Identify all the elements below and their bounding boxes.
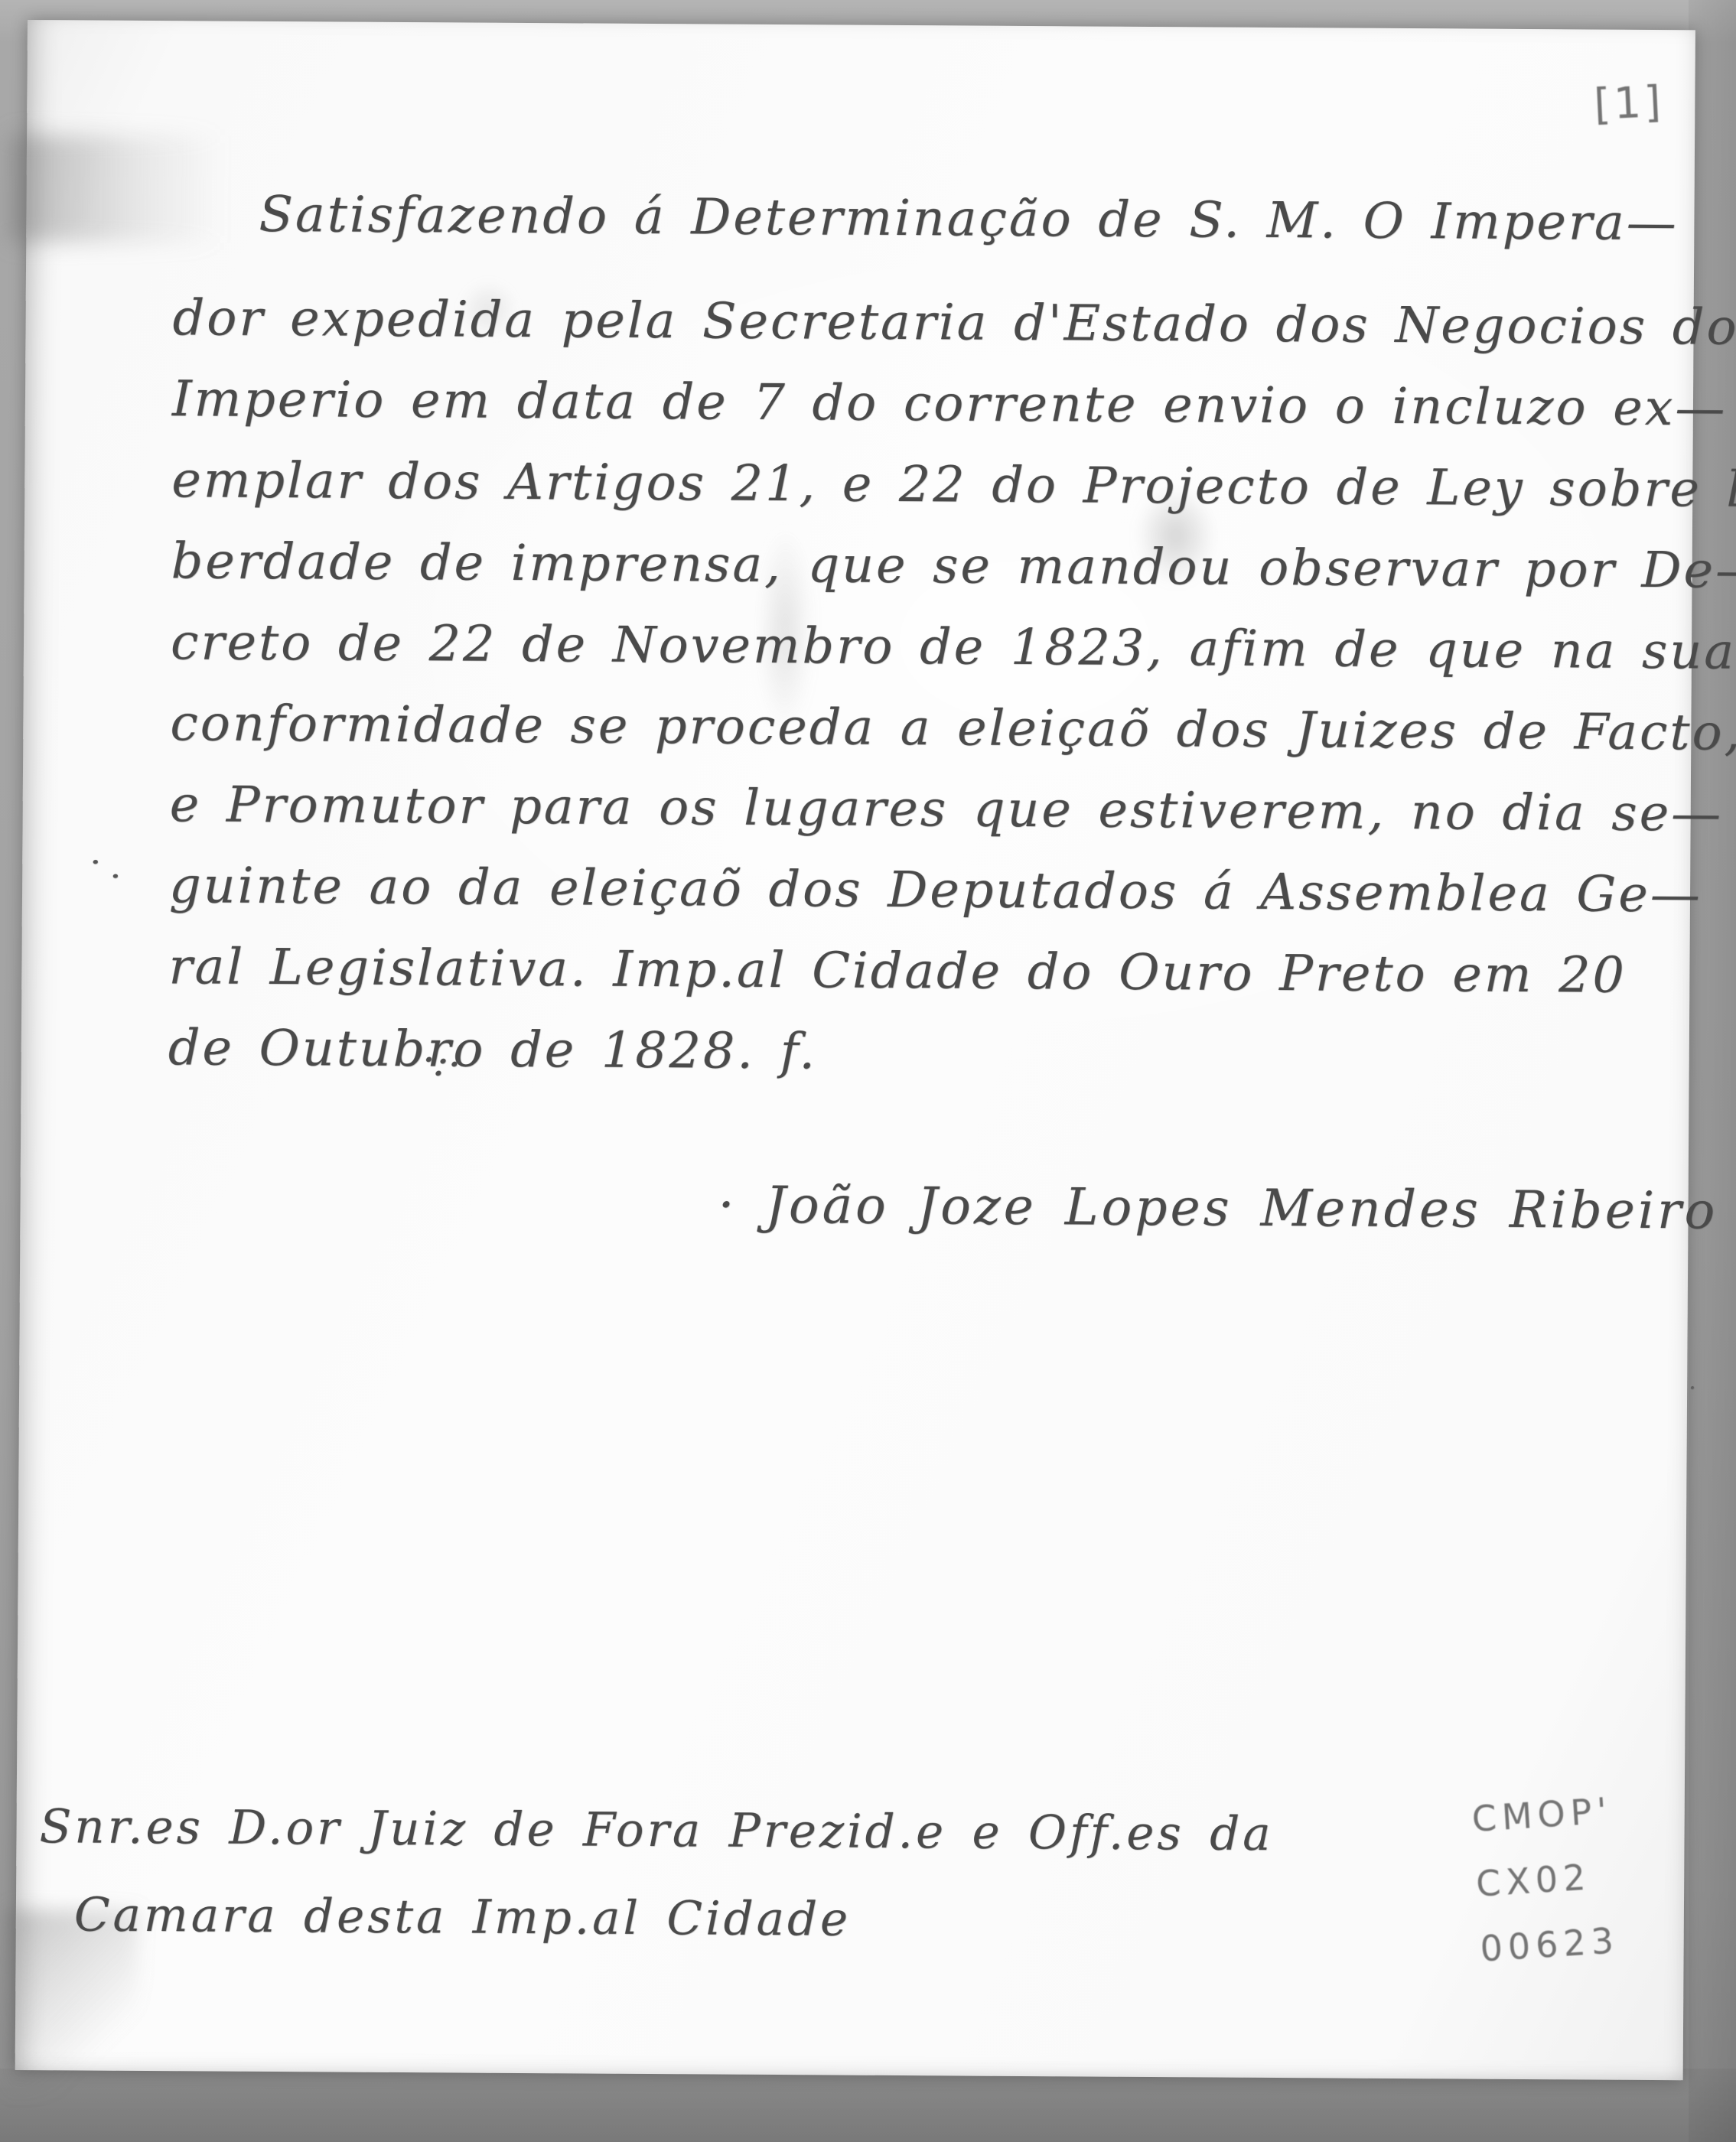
letter-line: ral Legislativa. Imp.al Cidade do Ouro P…	[168, 926, 1653, 1017]
archival-code-line: CX02	[1474, 1843, 1618, 1917]
letter-line: dor expedida pela Secretaria d'Estado do…	[172, 278, 1657, 368]
pencil-folio-mark: [1]	[1593, 77, 1665, 130]
letter-line: de Outubro de 1828. f.	[168, 1008, 1653, 1098]
margin-ink-dots: · ·	[80, 843, 132, 896]
letter-line: emplar dos Artigos 21, e 22 do Projecto …	[171, 440, 1656, 530]
letter-line: Satisfazendo á Determinação de S. M. O I…	[173, 174, 1658, 264]
address-line: Snr.es D.or Juiz de Fora Prezid.e e Off.…	[39, 1782, 1274, 1878]
letter-line: e Promutor para os lugares que estiverem…	[169, 764, 1654, 855]
letter-body: Satisfazendo á Determinação de S. M. O I…	[168, 174, 1657, 1098]
letter-line: creto de 22 de Novembro de 1823, afim de…	[171, 602, 1656, 692]
archival-code-line: CMOP'	[1470, 1779, 1614, 1853]
letter-line: conformidade se proceda a eleiçaõ dos Ju…	[170, 683, 1655, 773]
letter-paper: [1] Satisfazendo á Determinação de S. M.…	[15, 20, 1695, 2080]
closing-flourish: ·:·	[419, 1037, 465, 1089]
letter-line: Imperio em data de 7 do corrente envio o…	[172, 359, 1657, 449]
letter-line: berdade de imprensa, que se mandou obser…	[171, 521, 1656, 611]
ink-speck: ·	[1689, 1375, 1696, 1401]
address-line: Camara desta Imp.al Cidade	[74, 1870, 1274, 1966]
archival-code-block: CMOP'CX0200623	[1470, 1779, 1622, 1982]
letter-line: guinte ao da eleiçaõ dos Deputados á Ass…	[169, 845, 1654, 936]
archival-code-line: 00623	[1478, 1908, 1622, 1982]
scanned-page-background: [1] Satisfazendo á Determinação de S. M.…	[0, 0, 1736, 2142]
signature: · João Joze Lopes Mendes Ribeiro ·	[718, 1176, 1736, 1241]
address-block: Snr.es D.or Juiz de Fora Prezid.e e Off.…	[39, 1782, 1274, 1966]
scanner-edge-bottom	[0, 2069, 1736, 2142]
